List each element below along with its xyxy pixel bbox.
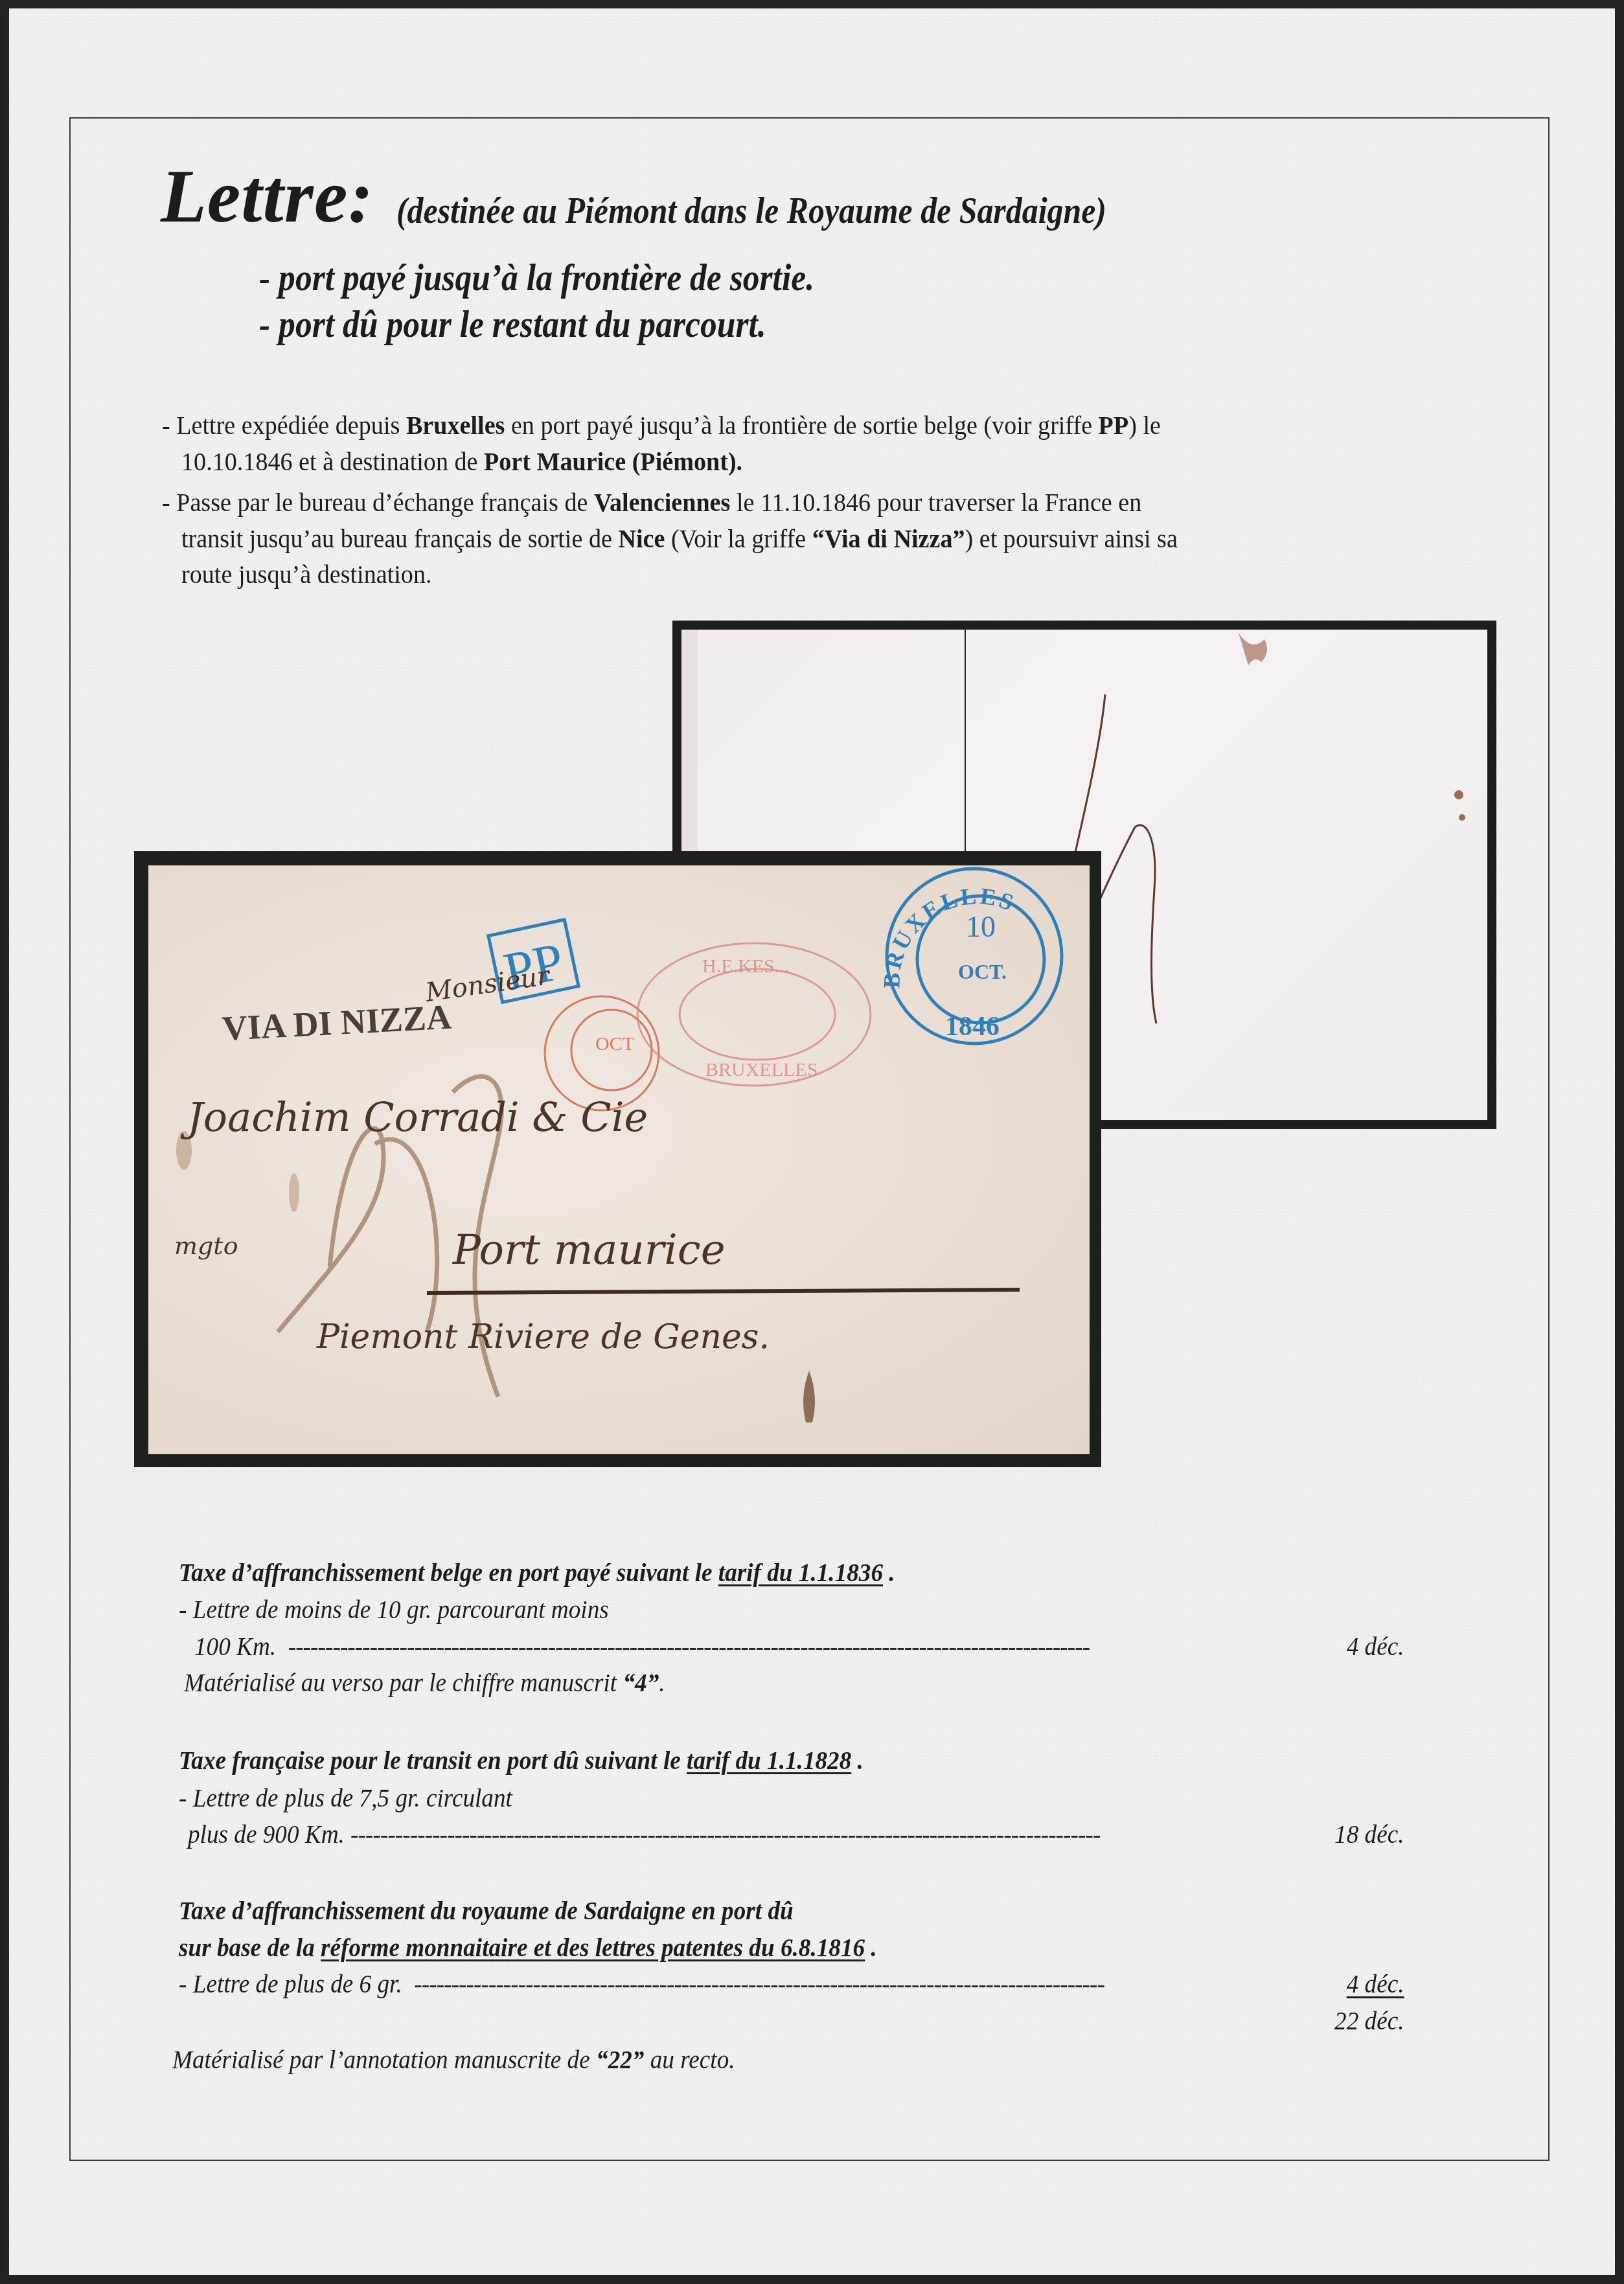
- tariff-sardinian-amount: 4 déc.: [1347, 1971, 1404, 1997]
- tariff-french-line2: plus de 900 Km. ------------------------…: [188, 1821, 1100, 1847]
- address-line-name: Joachim Corradi & Cie: [180, 1093, 648, 1141]
- via-di-nizza-griffe: VIA DI NIZZA: [221, 998, 452, 1048]
- tariff-belgian-amount: 4 déc.: [1347, 1634, 1404, 1660]
- address-line-city: Port maurice: [452, 1226, 726, 1274]
- tariff-french-amount: 18 déc.: [1335, 1821, 1404, 1847]
- tariff-final-note: Matérialisé par l’annotation manuscrite …: [172, 2047, 735, 2073]
- postmark-year: 1846: [945, 1012, 1000, 1042]
- tariff-sardinian-line1: - Lettre de plus de 6 gr. --------------…: [179, 1971, 1104, 1997]
- letter-recto-image: OCT H.E.KES... BRUXELLES PP BRUXELLES: [134, 851, 1101, 1467]
- heading-line-1: - port payé jusqu’à la frontière de sort…: [259, 258, 814, 297]
- tariff-belgian-note: Matérialisé au verso par le chiffre manu…: [184, 1670, 665, 1696]
- tariff-belgian-line2: 100 Km. --------------------------------…: [194, 1634, 1090, 1660]
- heading-line-2: - port dû pour le restant du parcourt.: [259, 304, 766, 343]
- side-note: mgto: [174, 1231, 238, 1260]
- address-line-region: Piemont Riviere de Genes.: [316, 1318, 770, 1356]
- page-title: Lettre:: [161, 159, 374, 234]
- tariff-belgian-heading: Taxe d’affranchissement belge en port pa…: [179, 1560, 895, 1586]
- oval-mark-bottom: BRUXELLES: [705, 1059, 818, 1080]
- description-p2-line3: route jusqu’à destination.: [181, 561, 432, 588]
- description-p1-line1: - Lettre expédiée depuis Bruxelles en po…: [162, 412, 1161, 439]
- address-salutation: Monsieur: [423, 961, 553, 1008]
- postmark-day: 10: [966, 910, 996, 943]
- tariff-sardinian-heading2: sur base de la réforme monnaitaire et de…: [179, 1935, 877, 1961]
- tariff-sardinian-heading1: Taxe d’affranchissement du royaume de Sa…: [179, 1898, 794, 1924]
- oval-mark-top: H.E.KES...: [702, 955, 789, 977]
- page-subtitle: (destinée au Piémont dans le Royaume de …: [396, 192, 1106, 229]
- description-p2-line1: - Passe par le bureau d’échange français…: [162, 489, 1141, 516]
- tariff-french-heading: Taxe française pour le transit en port d…: [179, 1748, 863, 1774]
- description-p2-line2: transit jusqu’au bureau français de sort…: [181, 525, 1178, 552]
- description-p1-line2: 10.10.1846 et à destination de Port Maur…: [181, 448, 742, 475]
- tariff-total: 22 déc.: [1335, 2008, 1404, 2034]
- recto-drawing: OCT H.E.KES... BRUXELLES PP BRUXELLES: [148, 865, 1090, 1454]
- tariff-french-line1: - Lettre de plus de 7,5 gr. circulant: [179, 1785, 512, 1811]
- entry-mark-text: OCT: [595, 1033, 634, 1055]
- tariff-belgian-line1: - Lettre de moins de 10 gr. parcourant m…: [179, 1597, 609, 1623]
- postmark-month: OCT.: [958, 960, 1007, 983]
